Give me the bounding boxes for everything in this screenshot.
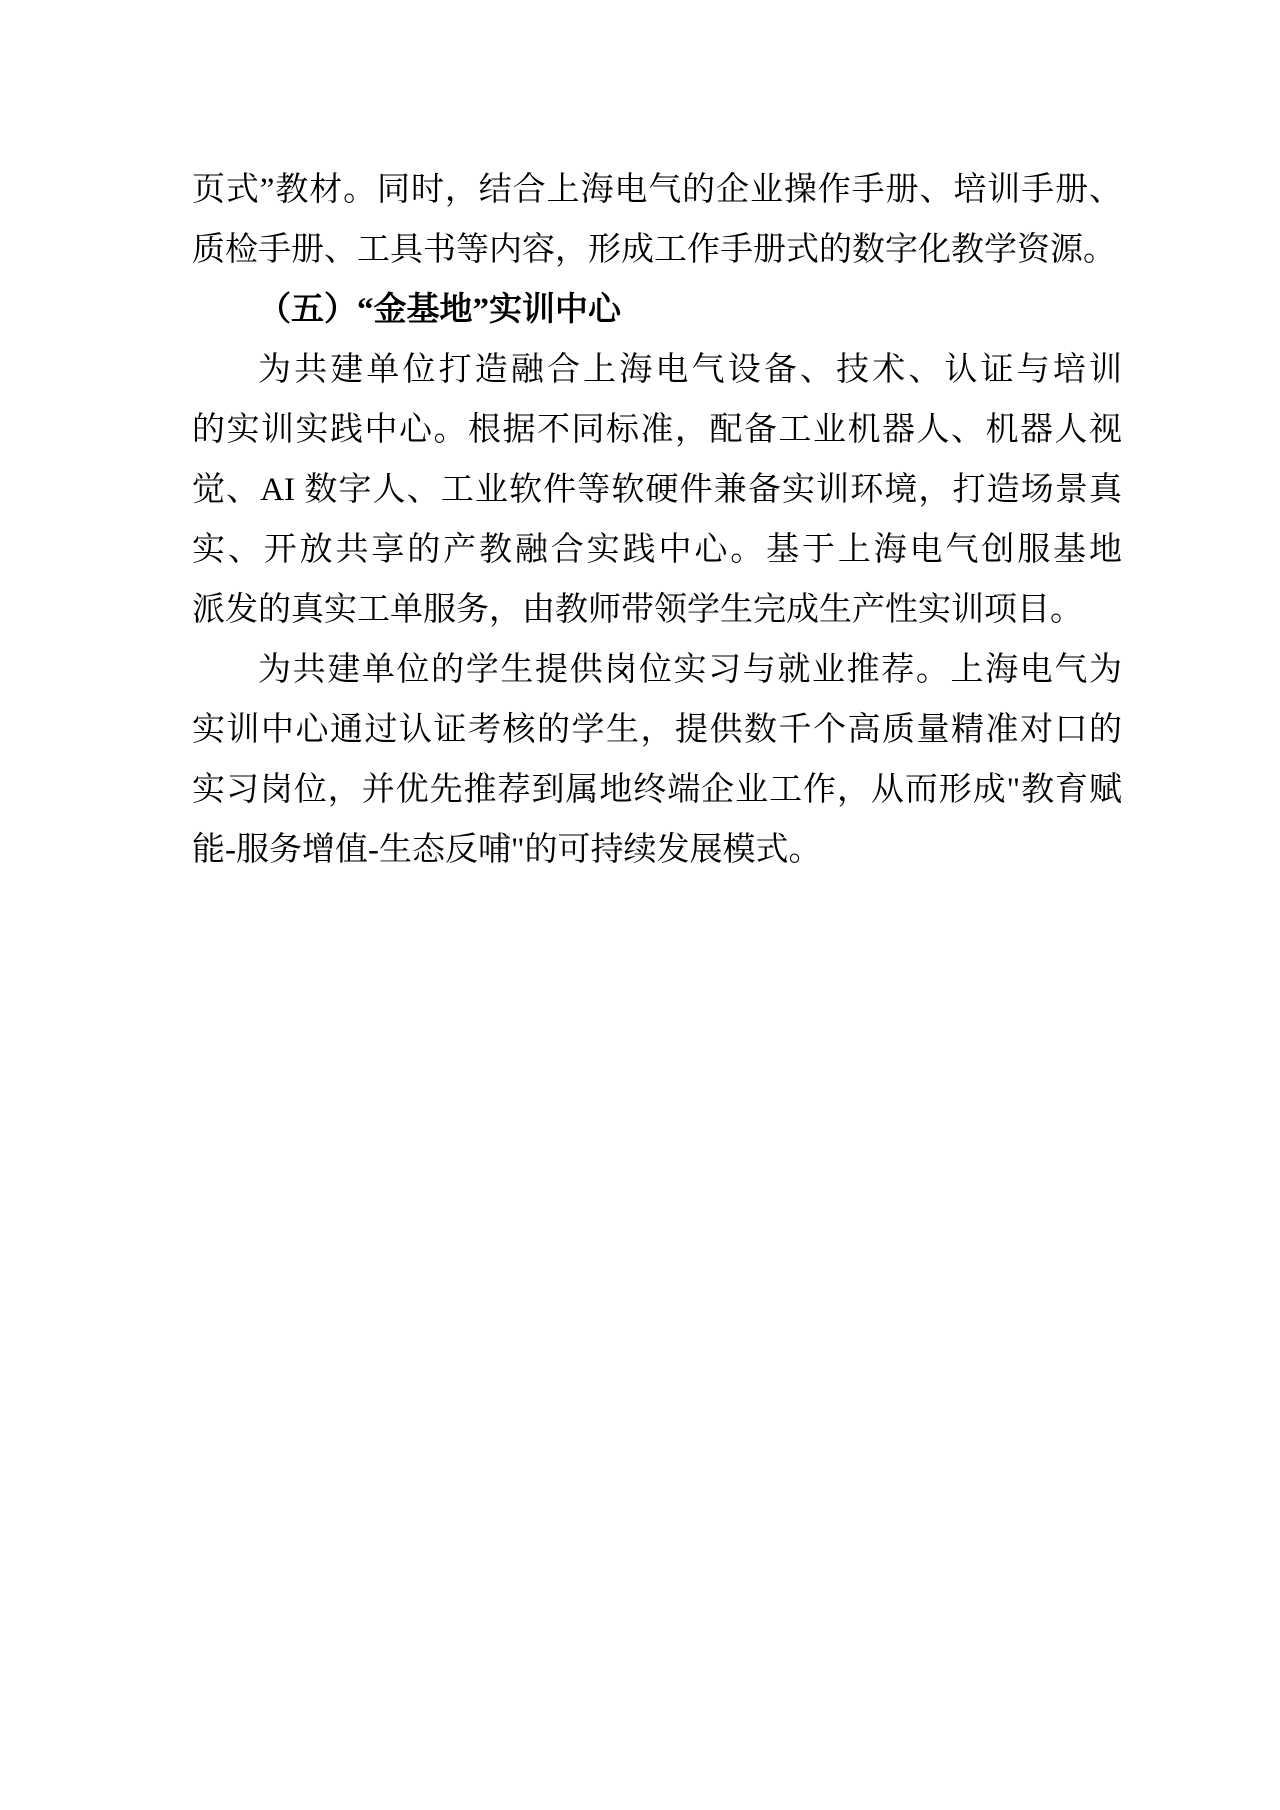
text-line: 觉、AI 数字人、工业软件等软硬件兼备实训环境，打造场景真 <box>192 460 1122 520</box>
document-page: 页式”教材。同时，结合上海电气的企业操作手册、培训手册、 质检手册、工具书等内容… <box>0 0 1280 1810</box>
text-line: 能-服务增值-生态反哺"的可持续发展模式。 <box>192 820 1122 880</box>
text-block: 页式”教材。同时，结合上海电气的企业操作手册、培训手册、 质检手册、工具书等内容… <box>192 160 1122 880</box>
text-line: 实、开放共享的产教融合实践中心。基于上海电气创服基地 <box>192 520 1122 580</box>
text-line: 派发的真实工单服务，由教师带领学生完成生产性实训项目。 <box>192 580 1122 640</box>
text-line: 的实训实践中心。根据不同标准，配备工业机器人、机器人视 <box>192 400 1122 460</box>
text-line: 实训中心通过认证考核的学生，提供数千个高质量精准对口的 <box>192 700 1122 760</box>
text-line: 实习岗位，并优先推荐到属地终端企业工作，从而形成"教育赋 <box>192 760 1122 820</box>
section-heading: （五）“金基地”实训中心 <box>192 280 1122 340</box>
text-line: 页式”教材。同时，结合上海电气的企业操作手册、培训手册、 <box>192 160 1122 220</box>
text-line: 质检手册、工具书等内容，形成工作手册式的数字化教学资源。 <box>192 220 1122 280</box>
text-line: 为共建单位的学生提供岗位实习与就业推荐。上海电气为 <box>192 640 1122 700</box>
text-line: 为共建单位打造融合上海电气设备、技术、认证与培训 <box>192 340 1122 400</box>
